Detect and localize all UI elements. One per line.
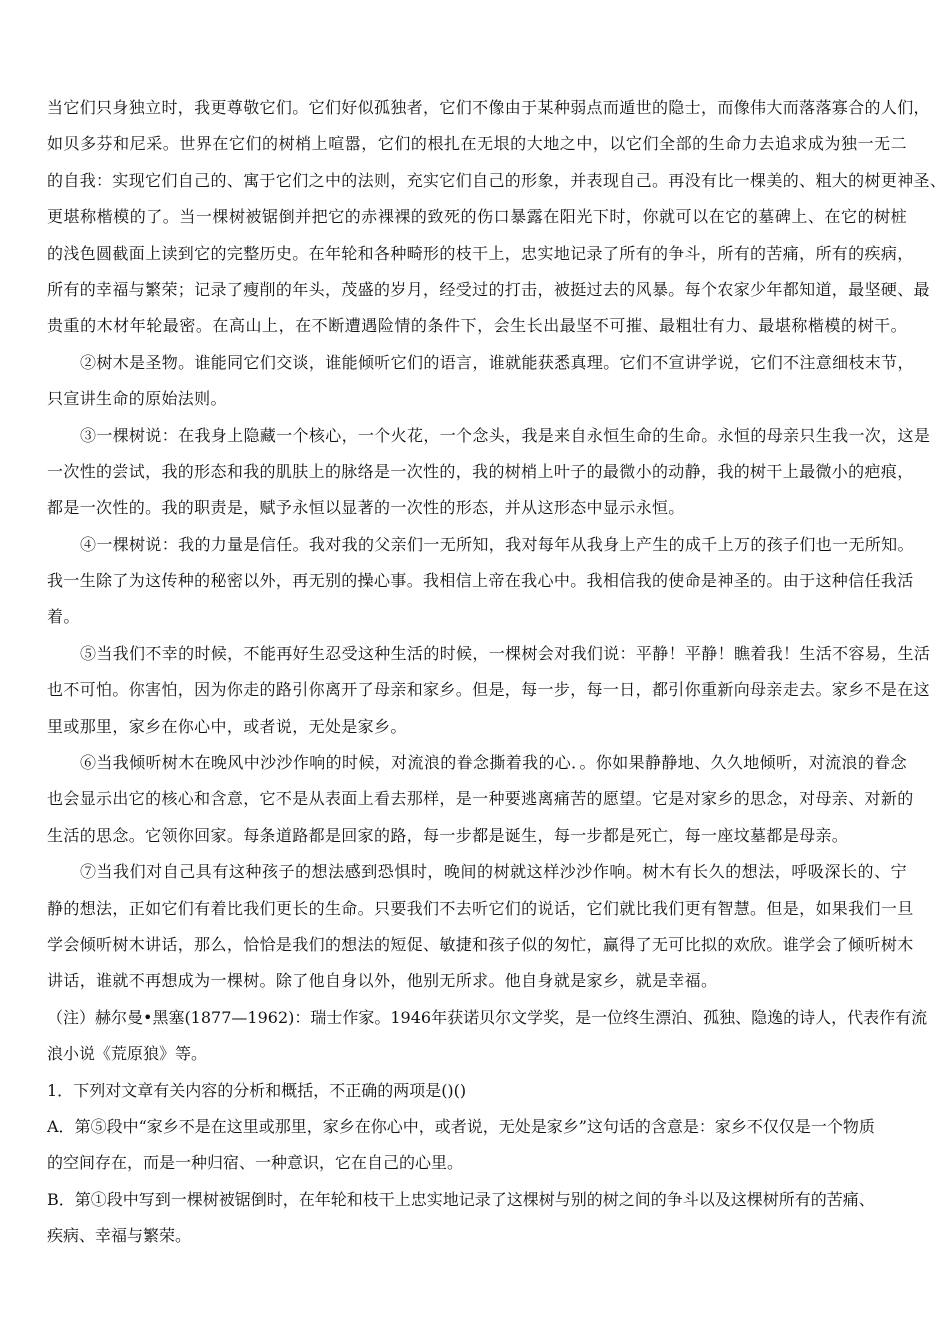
- paragraph-3: ③一棵树说：在我身上隐藏一个核心，一个火花，一个念头，我是来自永恒生命的生命。永…: [47, 422, 907, 531]
- text-line: 也不可怕。你害怕，因为你走的路引你离开了母亲和家乡。但是，每一步，每一日，都引你…: [47, 676, 907, 712]
- text-line: ⑤当我们不幸的时候，不能再好生忍受这种生活的时候，一棵树会对我们说：平静！平静！…: [47, 640, 907, 676]
- text-line: ⑥当我倾听树木在晚风中沙沙作响的时候，对流浪的眷念撕着我的心．。你如果静静地、久…: [47, 749, 907, 785]
- author-note: （注）赫尔曼•黑塞(1877—1962)：瑞士作家。1946年获诺贝尔文学奖，是…: [47, 1004, 907, 1077]
- question-stem: 下列对文章有关内容的分析和概括，不正确的两项是()(): [73, 1081, 466, 1100]
- text-line: 只宣讲生命的原始法则。: [47, 385, 907, 421]
- text-line: 学会倾听树木讲话，那么，恰恰是我们的想法的短促、敏捷和孩子似的匆忙，赢得了无可比…: [47, 931, 907, 967]
- paragraph-2: ②树木是圣物。谁能同它们交谈，谁能倾听它们的语言，谁就能获悉真理。它们不宣讲学说…: [47, 349, 907, 422]
- text-line: 着。: [47, 603, 907, 639]
- option-text: 第①段中写到一棵树被锯倒时，在年轮和枝干上忠实地记录了这棵树与别的树之间的争斗以…: [75, 1190, 875, 1209]
- option-a: A．第⑤段中“家乡不是在这里或那里，家乡在你心中，或者说，无处是家乡”这句话的含…: [47, 1113, 907, 1186]
- question-number: 1．: [47, 1081, 73, 1100]
- paragraph-1-continued: 当它们只身独立时，我更尊敬它们。它们好似孤独者，它们不像由于某种弱点而遁世的隐士…: [47, 94, 907, 349]
- text-line: 我一生除了为这传种的秘密以外，再无别的操心事。我相信上帝在我心中。我相信我的使命…: [47, 567, 907, 603]
- paragraph-7: ⑦当我们对自己具有这种孩子的想法感到恐惧时，晚间的树就这样沙沙作响。树木有长久的…: [47, 858, 907, 1004]
- text-line: 生活的思念。它领你回家。每条道路都是回家的路，每一步都是诞生，每一步都是死亡，每…: [47, 822, 907, 858]
- option-line: 疾病、幸福与繁荣。: [47, 1222, 907, 1258]
- text-line: 的自我：实现它们自己的、寓于它们之中的法则，充实它们自己的形象，并表现自己。再没…: [47, 167, 907, 203]
- option-label: A．: [47, 1117, 75, 1136]
- text-line: 的浅色圆截面上读到它的完整历史。在年轮和各种畸形的枝干上，忠实地记录了所有的争斗…: [47, 240, 907, 276]
- text-line: 当它们只身独立时，我更尊敬它们。它们好似孤独者，它们不像由于某种弱点而遁世的隐士…: [47, 94, 907, 130]
- text-line: ④一棵树说：我的力量是信任。我对我的父亲们一无所知，我对每年从我身上产生的成千上…: [47, 531, 907, 567]
- text-line: 也会显示出它的核心和含意，它不是从表面上看去那样，是一种要逃离痛苦的愿望。它是对…: [47, 785, 907, 821]
- text-line: 里或那里，家乡在你心中，或者说，无处是家乡。: [47, 713, 907, 749]
- option-line: A．第⑤段中“家乡不是在这里或那里，家乡在你心中，或者说，无处是家乡”这句话的含…: [47, 1113, 907, 1149]
- document-page: 当它们只身独立时，我更尊敬它们。它们好似孤独者，它们不像由于某种弱点而遁世的隐士…: [47, 94, 907, 1259]
- question-1: 1．下列对文章有关内容的分析和概括，不正确的两项是()(): [47, 1077, 907, 1113]
- text-line: 如贝多芬和尼采。世界在它们的树梢上喧嚣，它们的根扎在无垠的大地之中，以它们全部的…: [47, 130, 907, 166]
- text-line: 更堪称楷模的了。当一棵树被锯倒并把它的赤裸裸的致死的伤口暴露在阳光下时，你就可以…: [47, 203, 907, 239]
- paragraph-5: ⑤当我们不幸的时候，不能再好生忍受这种生活的时候，一棵树会对我们说：平静！平静！…: [47, 640, 907, 749]
- text-line: 所有的幸福与繁荣；记录了瘦削的年头，茂盛的岁月，经受过的打击，被挺过去的风暴。每…: [47, 276, 907, 312]
- option-line: 的空间存在，而是一种归宿、一种意识，它在自己的心里。: [47, 1149, 907, 1185]
- text-line: ③一棵树说：在我身上隐藏一个核心，一个火花，一个念头，我是来自永恒生命的生命。永…: [47, 422, 907, 458]
- question-stem-line: 1．下列对文章有关内容的分析和概括，不正确的两项是()(): [47, 1077, 907, 1113]
- text-line: 都是一次性的。我的职责是，赋予永恒以显著的一次性的形态，并从这形态中显示永恒。: [47, 494, 907, 530]
- text-line: 一次性的尝试，我的形态和我的肌肤上的脉络是一次性的，我的树梢上叶子的最微小的动静…: [47, 458, 907, 494]
- paragraph-4: ④一棵树说：我的力量是信任。我对我的父亲们一无所知，我对每年从我身上产生的成千上…: [47, 531, 907, 640]
- text-line: 贵重的木材年轮最密。在高山上，在不断遭遇险情的条件下，会生长出最坚不可摧、最粗壮…: [47, 312, 907, 348]
- option-text: 第⑤段中“家乡不是在这里或那里，家乡在你心中，或者说，无处是家乡”这句话的含意是…: [75, 1117, 875, 1136]
- text-line: ②树木是圣物。谁能同它们交谈，谁能倾听它们的语言，谁就能获悉真理。它们不宣讲学说…: [47, 349, 907, 385]
- paragraph-6: ⑥当我倾听树木在晚风中沙沙作响的时候，对流浪的眷念撕着我的心．。你如果静静地、久…: [47, 749, 907, 858]
- text-line: 静的想法，正如它们有着比我们更长的生命。只要我们不去听它们的说话，它们就比我们更…: [47, 895, 907, 931]
- text-line: （注）赫尔曼•黑塞(1877—1962)：瑞士作家。1946年获诺贝尔文学奖，是…: [47, 1004, 907, 1040]
- text-line: ⑦当我们对自己具有这种孩子的想法感到恐惧时，晚间的树就这样沙沙作响。树木有长久的…: [47, 858, 907, 894]
- option-label: B．: [47, 1190, 75, 1209]
- option-line: B．第①段中写到一棵树被锯倒时，在年轮和枝干上忠实地记录了这棵树与别的树之间的争…: [47, 1186, 907, 1222]
- option-b: B．第①段中写到一棵树被锯倒时，在年轮和枝干上忠实地记录了这棵树与别的树之间的争…: [47, 1186, 907, 1259]
- text-line: 讲话，谁就不再想成为一棵树。除了他自身以外，他别无所求。他自身就是家乡，就是幸福…: [47, 967, 907, 1003]
- text-line: 浪小说《荒原狼》等。: [47, 1040, 907, 1076]
